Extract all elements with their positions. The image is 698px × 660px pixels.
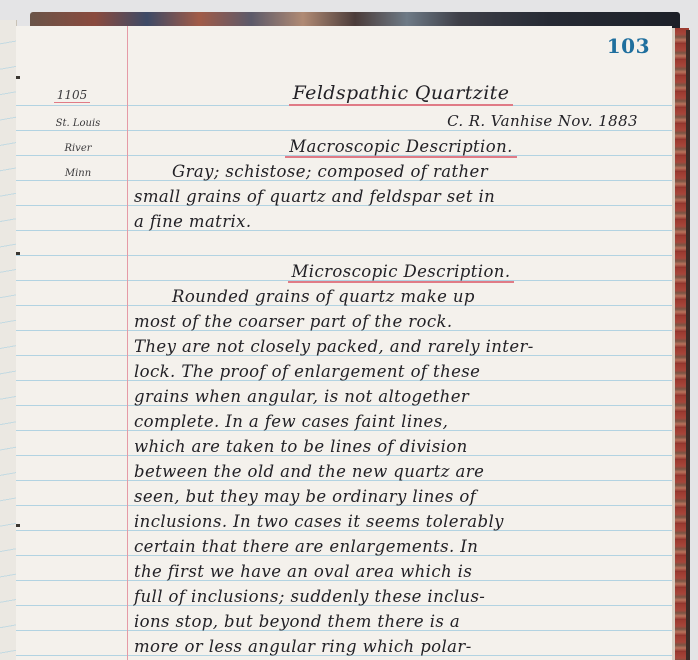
text-line: inclusions. In two cases it seems tolera… xyxy=(134,512,668,531)
binding-mark xyxy=(16,76,20,79)
text-line: more or less angular ring which polar- xyxy=(134,637,668,656)
text-line: grains when angular, is not altogether xyxy=(134,387,668,406)
text-line: ions stop, but beyond them there is a xyxy=(134,612,668,631)
text-line: which are taken to be lines of division xyxy=(134,437,668,456)
left-page-edge xyxy=(0,20,17,660)
text-line: most of the coarser part of the rock. xyxy=(134,312,668,331)
text-line: small grains of quartz and feldspar set … xyxy=(134,187,668,206)
text-line: full of inclusions; suddenly these inclu… xyxy=(134,587,668,606)
macroscopic-heading: Macroscopic Description. xyxy=(134,137,668,156)
text-line: seen, but they may be ordinary lines of xyxy=(134,487,668,506)
text-line: between the old and the new quartz are xyxy=(134,462,668,481)
text-line: They are not closely packed, and rarely … xyxy=(134,337,668,356)
macroscopic-heading-text: Macroscopic Description. xyxy=(285,137,517,158)
text-line: certain that there are enlargements. In xyxy=(134,537,668,556)
page-number: 103 xyxy=(607,34,650,58)
entry-title: Feldspathic Quartzite xyxy=(134,82,668,104)
cover-shadow xyxy=(686,30,690,660)
binding-mark xyxy=(16,524,20,527)
author-date: C. R. Vanhise Nov. 1883 xyxy=(134,112,668,130)
ruled-line xyxy=(16,130,672,131)
text-line: lock. The proof of enlargement of these xyxy=(134,362,668,381)
location-line: Minn xyxy=(38,168,118,179)
text-line: the first we have an oval area which is xyxy=(134,562,668,581)
margin-line xyxy=(127,26,128,660)
notebook-page: 103 1105 St. Louis River Minn Feldspathi… xyxy=(16,26,672,660)
text-line: complete. In a few cases faint lines, xyxy=(134,412,668,431)
location-line: River xyxy=(38,143,118,154)
location-line: St. Louis xyxy=(38,118,118,129)
specimen-number: 1105 xyxy=(54,88,90,103)
microscopic-heading: Microscopic Description. xyxy=(134,262,668,281)
text-line: Gray; schistose; composed of rather xyxy=(134,162,668,181)
entry-title-text: Feldspathic Quartzite xyxy=(289,82,514,106)
text-line: Rounded grains of quartz make up xyxy=(134,287,668,306)
text-line: a fine matrix. xyxy=(134,212,668,231)
binding-mark xyxy=(16,252,20,255)
ruled-line xyxy=(16,255,672,256)
microscopic-heading-text: Microscopic Description. xyxy=(288,262,515,283)
